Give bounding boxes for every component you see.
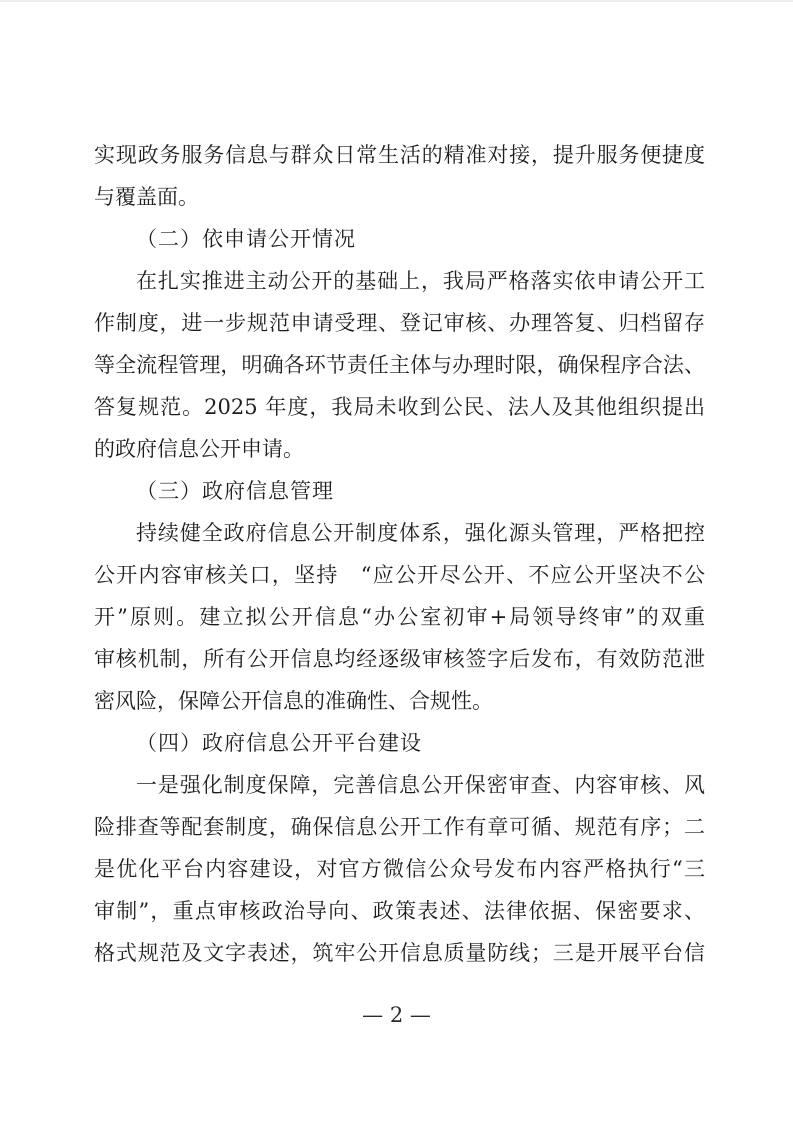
text-line: 的政府信息公开申请。 bbox=[94, 428, 705, 470]
section-heading-2: （二）依申请公开情况 bbox=[94, 218, 705, 260]
paragraph: 在扎实推进主动公开的基础上，我局严格落实依申请公开工 作制度，进一步规范申请受理… bbox=[94, 260, 705, 470]
section-heading-4: （四）政府信息公开平台建设 bbox=[94, 722, 705, 764]
paragraph: 持续健全政府信息公开制度体系，强化源头管理，严格把控 公开内容审核关口，坚持 “… bbox=[94, 512, 705, 722]
text-line: 是优化平台内容建设，对官方微信公众号发布内容严格执行“三 bbox=[94, 848, 705, 890]
page-number: — 2 — bbox=[362, 1003, 431, 1027]
paragraph: 一是强化制度保障，完善信息公开保密审查、内容审核、风 险排查等配套制度，确保信息… bbox=[94, 764, 705, 974]
text-line: 持续健全政府信息公开制度体系，强化源头管理，严格把控 bbox=[94, 512, 705, 554]
text-line: 开”原则。建立拟公开信息“办公室初审+局领导终审”的双重 bbox=[94, 596, 705, 638]
heading-line: （四）政府信息公开平台建设 bbox=[94, 722, 705, 764]
page-footer: — 2 — bbox=[0, 1000, 793, 1030]
section-heading-3: （三）政府信息管理 bbox=[94, 470, 705, 512]
text-line: 一是强化制度保障，完善信息公开保密审查、内容审核、风 bbox=[94, 764, 705, 806]
text-line: 答复规范。2025 年度，我局未收到公民、法人及其他组织提出 bbox=[94, 386, 705, 428]
text-line: 实现政务服务信息与群众日常生活的精准对接，提升服务便捷度 bbox=[94, 134, 705, 176]
text-line: 密风险，保障公开信息的准确性、合规性。 bbox=[94, 680, 705, 722]
text-line: 险排查等配套制度，确保信息公开工作有章可循、规范有序；二 bbox=[94, 806, 705, 848]
heading-line: （三）政府信息管理 bbox=[94, 470, 705, 512]
text-line: 作制度，进一步规范申请受理、登记审核、办理答复、归档留存 bbox=[94, 302, 705, 344]
text-line: 公开内容审核关口，坚持 “应公开尽公开、不应公开坚决不公 bbox=[94, 554, 705, 596]
text-line: 等全流程管理，明确各环节责任主体与办理时限，确保程序合法、 bbox=[94, 344, 705, 386]
paragraph: 实现政务服务信息与群众日常生活的精准对接，提升服务便捷度 与覆盖面。 bbox=[94, 134, 705, 218]
text-line: 格式规范及文字表述，筑牢公开信息质量防线；三是开展平台信 bbox=[94, 932, 705, 974]
heading-line: （二）依申请公开情况 bbox=[94, 218, 705, 260]
text-line: 审核机制，所有公开信息均经逐级审核签字后发布，有效防范泄 bbox=[94, 638, 705, 680]
document-body: 实现政务服务信息与群众日常生活的精准对接，提升服务便捷度 与覆盖面。 （二）依申… bbox=[0, 2, 793, 974]
document-page: 实现政务服务信息与群众日常生活的精准对接，提升服务便捷度 与覆盖面。 （二）依申… bbox=[0, 0, 793, 1122]
text-line: 与覆盖面。 bbox=[94, 176, 705, 218]
text-line: 审制”，重点审核政治导向、政策表述、法律依据、保密要求、 bbox=[94, 890, 705, 932]
text-line: 在扎实推进主动公开的基础上，我局严格落实依申请公开工 bbox=[94, 260, 705, 302]
